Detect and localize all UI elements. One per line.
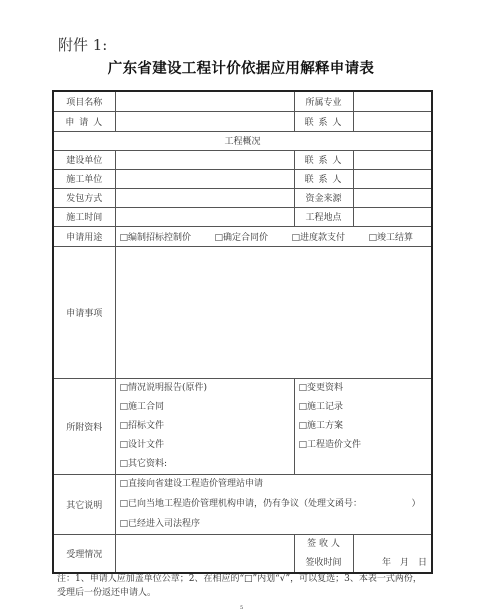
footer-note: 注：1、申请人应加盖单位公章；2、在相应的“□”内划“√”，可以复选；3、本表一… <box>57 572 429 600</box>
attachment-label: 附件 1: <box>58 34 107 55</box>
project-location-field[interactable] <box>353 207 432 226</box>
row-other-notes: 其它说明 □直接向省建设工程造价管理站申请 □已向当地工程造价管理机构申请，仍有… <box>53 475 432 535</box>
checkbox-judicial-procedure[interactable]: □已经进入司法程序 <box>120 515 428 535</box>
checkbox-progress-payment[interactable]: □进度款支付 <box>291 230 345 243</box>
acceptance-label: 受理情况 <box>53 535 115 574</box>
funding-source-label: 资金来源 <box>294 188 353 207</box>
builder-unit-label: 施工单位 <box>53 169 115 188</box>
applicant-field[interactable] <box>115 111 294 131</box>
contact-label: 联 系 人 <box>294 111 353 131</box>
checkbox-construction-plan[interactable]: □施工方案 <box>299 417 428 436</box>
contract-method-label: 发包方式 <box>53 188 115 207</box>
construction-unit-label: 建设单位 <box>53 150 115 169</box>
specialty-field[interactable] <box>353 91 432 111</box>
project-name-label: 项目名称 <box>53 91 115 111</box>
attachments-right-list: □变更资料 □施工记录 □施工方案 □工程造价文件 <box>294 378 432 475</box>
page-title: 广东省建设工程计价依据应用解释申请表 <box>0 57 482 78</box>
project-name-field[interactable] <box>115 91 294 111</box>
receive-time-label: 签收时间 <box>295 554 353 573</box>
row-applicant: 申 请 人 联 系 人 <box>53 111 432 131</box>
row-construction-unit: 建设单位 联 系 人 <box>53 150 432 169</box>
specialty-label: 所属专业 <box>294 91 353 111</box>
row-attachments: 所附资料 □情况说明报告(原件) □施工合同 □招标文件 □设计文件 □其它资料… <box>53 378 432 475</box>
applicant-label: 申 请 人 <box>53 111 115 131</box>
receive-date-field[interactable]: 年 月 日 <box>358 554 428 573</box>
matters-field[interactable] <box>115 246 432 378</box>
other-notes-options: □直接向省建设工程造价管理站申请 □已向当地工程造价管理机构申请，仍有争议（处理… <box>115 475 432 535</box>
checkbox-cost-documents[interactable]: □工程造价文件 <box>299 436 428 455</box>
checkbox-construction-records[interactable]: □施工记录 <box>299 398 428 417</box>
row-acceptance: 受理情况 签 收 人 签收时间 年 月 日 <box>53 535 432 574</box>
project-location-label: 工程地点 <box>294 207 353 226</box>
construction-unit-field[interactable] <box>115 150 294 169</box>
section-overview-heading: 工程概况 <box>53 131 432 150</box>
builder-contact-label: 联 系 人 <box>294 169 353 188</box>
purpose-label: 申请用途 <box>53 226 115 246</box>
checkbox-situation-report[interactable]: □情况说明报告(原件) <box>120 379 290 398</box>
checkbox-bid-control-price[interactable]: □编制招标控制价 <box>120 230 192 243</box>
checkbox-applied-local-agency[interactable]: □已向当地工程造价管理机构申请，仍有争议（处理文函号： ） <box>120 495 428 515</box>
checkbox-apply-provincial-station[interactable]: □直接向省建设工程造价管理站申请 <box>120 475 428 495</box>
contract-method-field[interactable] <box>115 188 294 207</box>
funding-source-field[interactable] <box>353 188 432 207</box>
attachments-left-list: □情况说明报告(原件) □施工合同 □招标文件 □设计文件 □其它资料: <box>115 378 294 475</box>
row-builder-unit: 施工单位 联 系 人 <box>53 169 432 188</box>
receiver-labels: 签 收 人 签收时间 <box>294 535 353 574</box>
construction-contact-label: 联 系 人 <box>294 150 353 169</box>
receiver-label: 签 收 人 <box>295 535 353 554</box>
row-contract-method: 发包方式 资金来源 <box>53 188 432 207</box>
checkbox-other-materials[interactable]: □其它资料: <box>120 455 290 474</box>
row-project-name: 项目名称 所属专业 <box>53 91 432 111</box>
attachments-label: 所附资料 <box>53 378 115 475</box>
checkbox-bidding-documents[interactable]: □招标文件 <box>120 417 290 436</box>
construction-time-label: 施工时间 <box>53 207 115 226</box>
acceptance-field[interactable] <box>115 535 294 574</box>
checkbox-change-materials[interactable]: □变更资料 <box>299 379 428 398</box>
purpose-options: □编制招标控制价 □确定合同价 □进度款支付 □竣工结算 <box>115 226 432 246</box>
page-number: 5 <box>240 605 243 609</box>
receiver-field[interactable] <box>358 535 428 554</box>
other-notes-label: 其它说明 <box>53 475 115 535</box>
construction-contact-field[interactable] <box>353 150 432 169</box>
row-construction-time: 施工时间 工程地点 <box>53 207 432 226</box>
contact-field[interactable] <box>353 111 432 131</box>
row-matters: 申请事项 <box>53 246 432 378</box>
builder-unit-field[interactable] <box>115 169 294 188</box>
builder-contact-field[interactable] <box>353 169 432 188</box>
row-purpose: 申请用途 □编制招标控制价 □确定合同价 □进度款支付 □竣工结算 <box>53 226 432 246</box>
application-form-table: 项目名称 所属专业 申 请 人 联 系 人 工程概况 建设单位 联 系 人 施工… <box>52 90 433 574</box>
matters-label: 申请事项 <box>53 246 115 378</box>
checkbox-design-documents[interactable]: □设计文件 <box>120 436 290 455</box>
row-overview-heading: 工程概况 <box>53 131 432 150</box>
construction-time-field[interactable] <box>115 207 294 226</box>
checkbox-construction-contract[interactable]: □施工合同 <box>120 398 290 417</box>
checkbox-final-settlement[interactable]: □竣工结算 <box>368 230 413 243</box>
checkbox-contract-price[interactable]: □确定合同价 <box>214 230 268 243</box>
receiver-values: 年 月 日 <box>353 535 432 574</box>
